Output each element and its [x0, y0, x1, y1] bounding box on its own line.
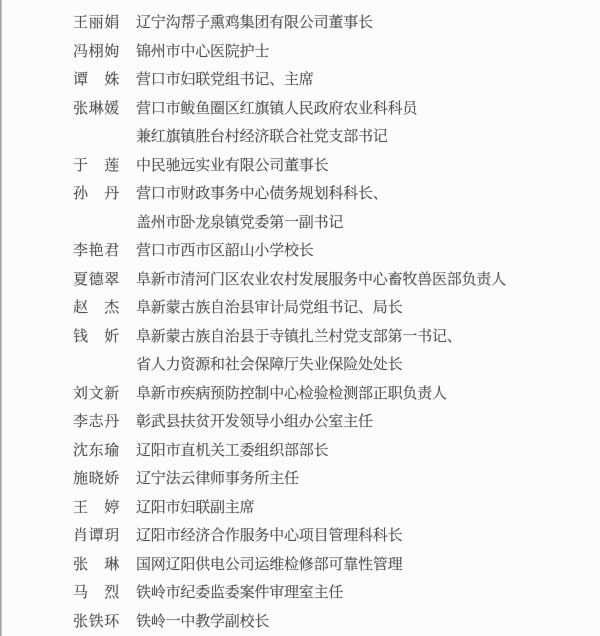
position-line: 阜新蒙古族自治县审计局党组书记、局长	[136, 293, 402, 322]
list-item: 冯栩姁锦州市中心医院护士	[73, 37, 584, 66]
person-position: 辽阳市经济合作服务中心项目管理科科长	[136, 521, 402, 550]
person-name: 王婷	[73, 493, 119, 522]
list-item: 王丽娟辽宁沟帮子熏鸡集团有限公司董事长	[73, 8, 584, 37]
position-line: 阜新市疾病预防控制中心检验检测部正职负责人	[136, 379, 447, 408]
position-line: 辽阳市经济合作服务中心项目管理科科长	[136, 521, 402, 550]
person-position: 国网辽阳供电公司运维检修部可靠性管理	[136, 550, 402, 579]
position-line: 营口市妇联党组书记、主席	[136, 65, 314, 94]
person-position: 辽宁沟帮子熏鸡集团有限公司董事长	[136, 8, 373, 37]
list-item: 施晓娇辽宁法云律师事务所主任	[73, 464, 584, 493]
list-item: 孙丹营口市财政事务中心债务规划科科长、盖州市卧龙泉镇党委第一副书记	[73, 179, 584, 236]
person-position: 彰武县扶贫开发领导小组办公室主任	[136, 407, 373, 436]
person-name: 张琳	[73, 550, 119, 579]
list-item: 夏德翠阜新市清河门区农业农村发展服务中心畜牧兽医部负责人	[73, 265, 584, 294]
position-line: 中民驰远实业有限公司董事长	[136, 151, 328, 180]
list-item: 李艳君营口市西市区韶山小学校长	[73, 236, 584, 265]
person-name: 谭姝	[73, 65, 119, 94]
list-item: 钱妡阜新蒙古族自治县于寺镇扎兰村党支部第一书记、省人力资源和社会保障厅失业保险处…	[73, 322, 584, 379]
person-position: 辽阳市妇联副主席	[136, 493, 254, 522]
person-name: 孙丹	[73, 179, 119, 208]
list-item: 张琳国网辽阳供电公司运维检修部可靠性管理	[73, 550, 584, 579]
position-line: 锦州市中心医院护士	[136, 37, 269, 66]
person-position: 营口市财政事务中心债务规划科科长、盖州市卧龙泉镇党委第一副书记	[136, 179, 388, 236]
person-position: 阜新市疾病预防控制中心检验检测部正职负责人	[136, 379, 447, 408]
person-name: 施晓娇	[73, 464, 119, 493]
person-position: 营口市妇联党组书记、主席	[136, 65, 314, 94]
position-line: 辽阳市直机关工委组织部部长	[136, 436, 328, 465]
position-line: 营口市财政事务中心债务规划科科长、	[136, 179, 388, 208]
position-line: 盖州市卧龙泉镇党委第一副书记	[136, 208, 388, 237]
position-line: 兼红旗镇胜台村经济联合社党支部书记	[136, 122, 417, 151]
person-position: 锦州市中心医院护士	[136, 37, 269, 66]
person-name: 李艳君	[73, 236, 119, 265]
person-name: 冯栩姁	[73, 37, 119, 66]
list-item: 李志丹彰武县扶贫开发领导小组办公室主任	[73, 407, 584, 436]
person-position: 营口市鲅鱼圈区红旗镇人民政府农业科科员兼红旗镇胜台村经济联合社党支部书记	[136, 94, 417, 151]
position-line: 铁岭一中教学副校长	[136, 607, 269, 636]
position-line: 辽阳市妇联副主席	[136, 493, 254, 522]
person-position: 阜新蒙古族自治县审计局党组书记、局长	[136, 293, 402, 322]
person-name: 王丽娟	[73, 8, 119, 37]
person-position: 阜新市清河门区农业农村发展服务中心畜牧兽医部负责人	[136, 265, 506, 294]
document-page: 王丽娟辽宁沟帮子熏鸡集团有限公司董事长冯栩姁锦州市中心医院护士谭姝营口市妇联党组…	[0, 0, 600, 636]
person-name: 刘文新	[73, 379, 119, 408]
position-line: 铁岭市纪委监委案件审理室主任	[136, 578, 343, 607]
person-position: 辽阳市直机关工委组织部部长	[136, 436, 328, 465]
person-name: 马烈	[73, 578, 119, 607]
position-line: 阜新市清河门区农业农村发展服务中心畜牧兽医部负责人	[136, 265, 506, 294]
person-name: 张铁环	[73, 607, 119, 636]
list-item: 赵杰阜新蒙古族自治县审计局党组书记、局长	[73, 293, 584, 322]
list-item: 于莲中民驰远实业有限公司董事长	[73, 151, 584, 180]
person-position: 辽宁法云律师事务所主任	[136, 464, 299, 493]
position-line: 彰武县扶贫开发领导小组办公室主任	[136, 407, 373, 436]
person-name: 夏德翠	[73, 265, 119, 294]
list-item: 马烈铁岭市纪委监委案件审理室主任	[73, 578, 584, 607]
list-item: 谭姝营口市妇联党组书记、主席	[73, 65, 584, 94]
list-item: 王婷辽阳市妇联副主席	[73, 493, 584, 522]
position-line: 辽宁沟帮子熏鸡集团有限公司董事长	[136, 8, 373, 37]
awardee-list: 王丽娟辽宁沟帮子熏鸡集团有限公司董事长冯栩姁锦州市中心医院护士谭姝营口市妇联党组…	[0, 0, 600, 635]
person-position: 铁岭市纪委监委案件审理室主任	[136, 578, 343, 607]
person-position: 中民驰远实业有限公司董事长	[136, 151, 328, 180]
list-item: 肖谭玥辽阳市经济合作服务中心项目管理科科长	[73, 521, 584, 550]
person-name: 张琳媛	[73, 94, 119, 123]
person-name: 于莲	[73, 151, 119, 180]
position-line: 阜新蒙古族自治县于寺镇扎兰村党支部第一书记、	[136, 322, 462, 351]
person-name: 沈东瑜	[73, 436, 119, 465]
person-position: 营口市西市区韶山小学校长	[136, 236, 314, 265]
position-line: 省人力资源和社会保障厅失业保险处处长	[136, 350, 462, 379]
list-item: 沈东瑜辽阳市直机关工委组织部部长	[73, 436, 584, 465]
position-line: 辽宁法云律师事务所主任	[136, 464, 299, 493]
list-item: 张铁环铁岭一中教学副校长	[73, 607, 584, 636]
person-name: 钱妡	[73, 322, 119, 351]
position-line: 国网辽阳供电公司运维检修部可靠性管理	[136, 550, 402, 579]
person-name: 李志丹	[73, 407, 119, 436]
person-position: 阜新蒙古族自治县于寺镇扎兰村党支部第一书记、省人力资源和社会保障厅失业保险处处长	[136, 322, 462, 379]
person-name: 肖谭玥	[73, 521, 119, 550]
person-name: 赵杰	[73, 293, 119, 322]
list-item: 张琳媛营口市鲅鱼圈区红旗镇人民政府农业科科员兼红旗镇胜台村经济联合社党支部书记	[73, 94, 584, 151]
person-position: 铁岭一中教学副校长	[136, 607, 269, 636]
position-line: 营口市西市区韶山小学校长	[136, 236, 314, 265]
position-line: 营口市鲅鱼圈区红旗镇人民政府农业科科员	[136, 94, 417, 123]
list-item: 刘文新阜新市疾病预防控制中心检验检测部正职负责人	[73, 379, 584, 408]
